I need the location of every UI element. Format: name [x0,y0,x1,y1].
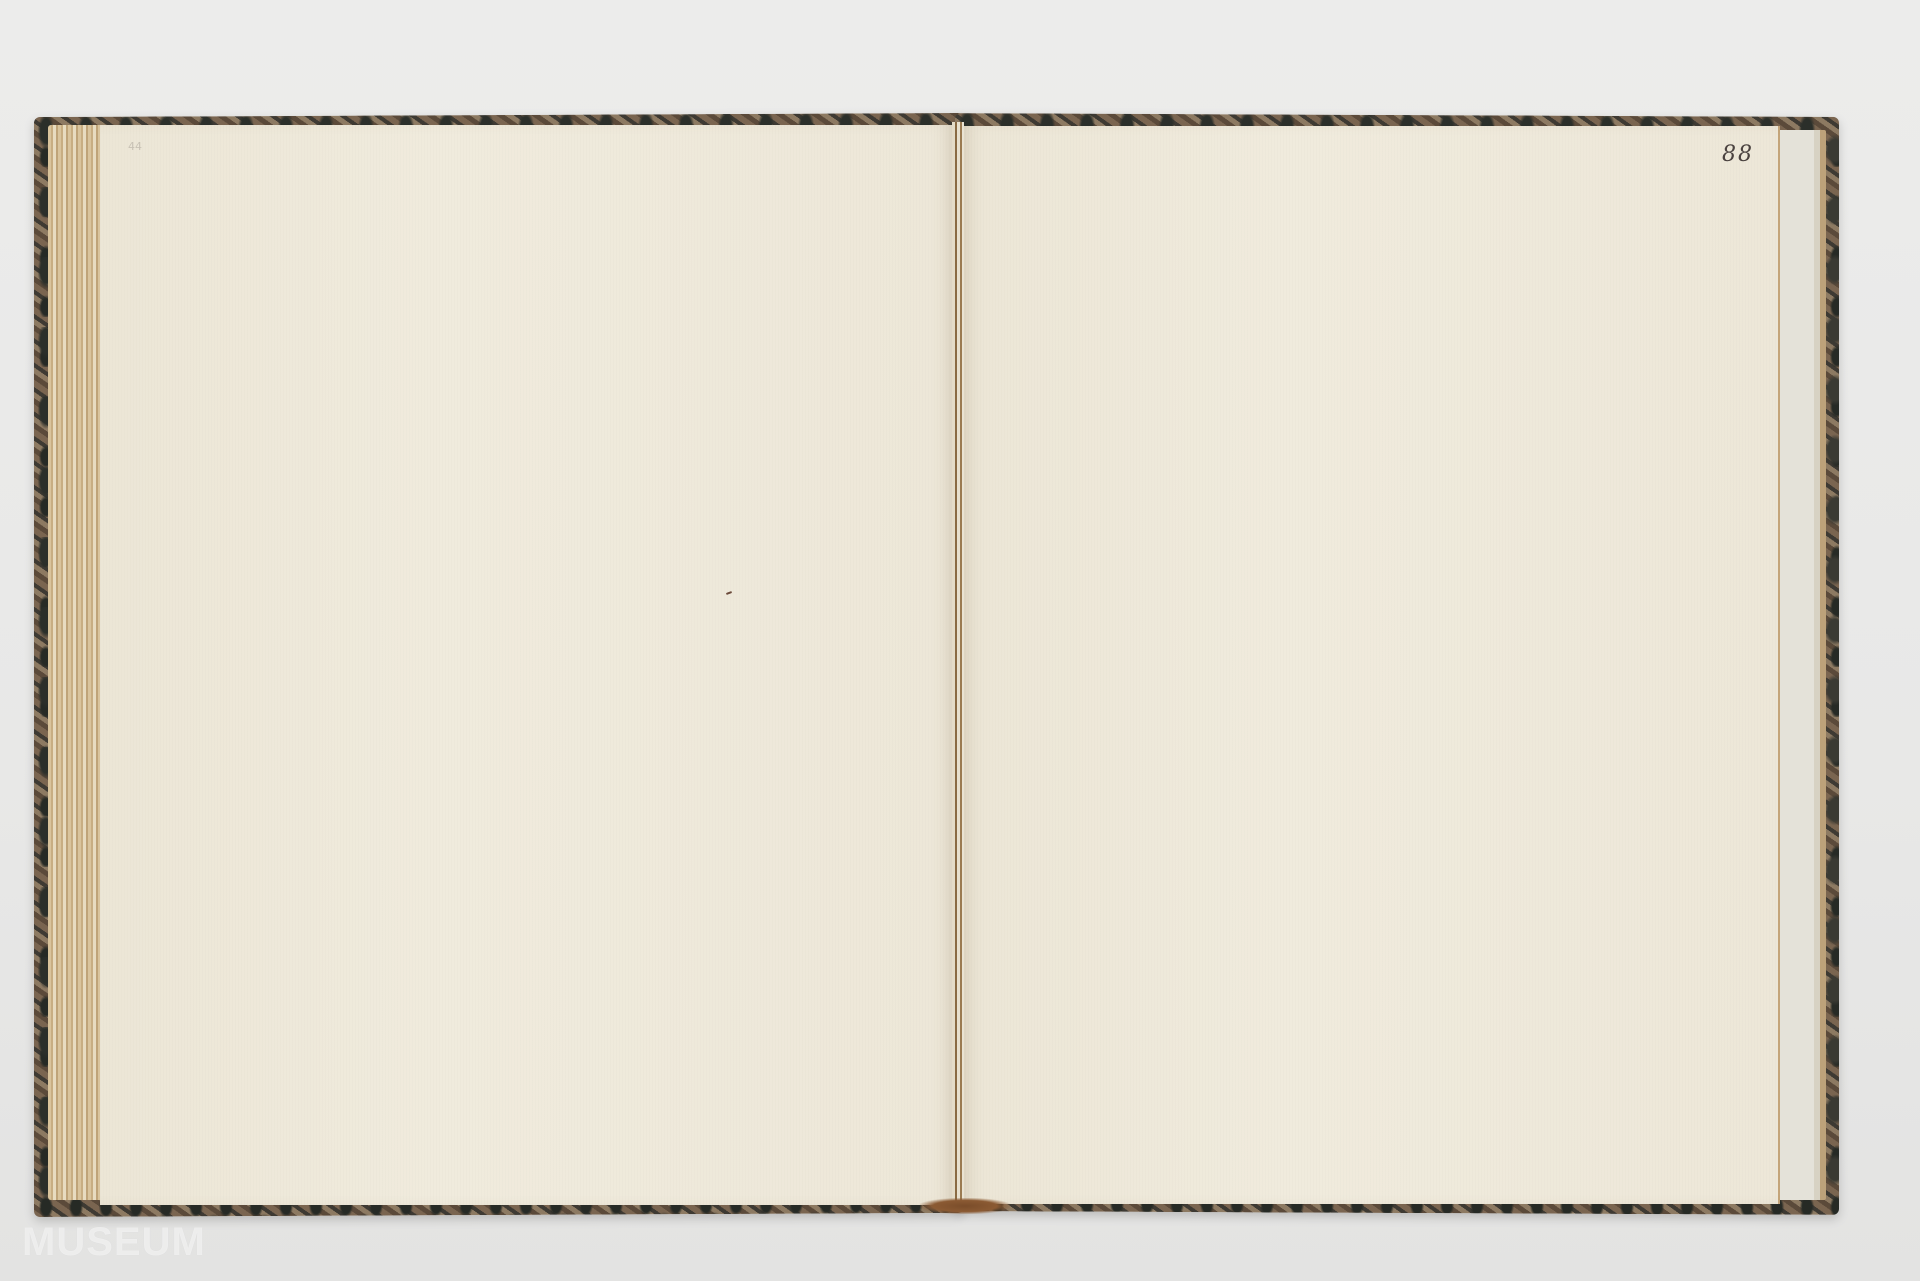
left-page-block-edge [48,125,108,1200]
photo-scene: 44 88 MUSEUM [0,0,1920,1281]
watermark: MUSEUM [22,1220,206,1265]
right-page-block-edge [1776,130,1826,1200]
right-page [962,126,1780,1204]
spine-bottom [920,1198,1010,1214]
pencil-mark: 44 [128,140,142,153]
left-page [100,125,955,1205]
book-gutter [952,122,964,1210]
folio-number: 88 [1722,142,1754,167]
